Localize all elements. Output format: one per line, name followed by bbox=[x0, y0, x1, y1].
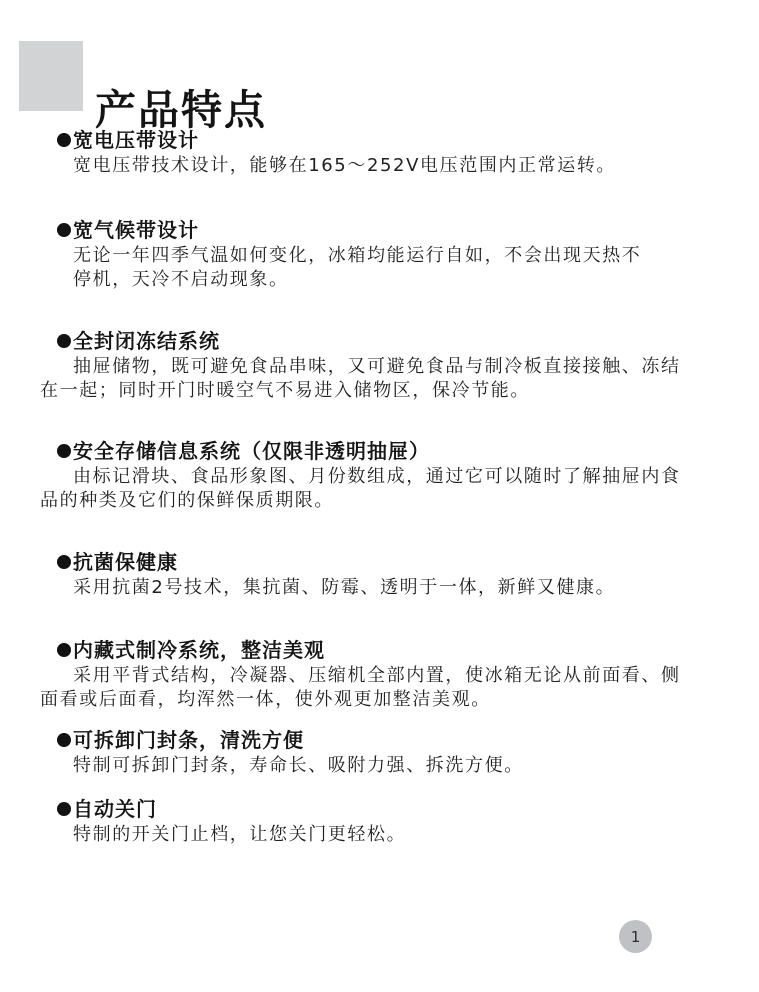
section-body-line: 无论一年四季气温如何变化，冰箱均能运行自如，不会出现天热不 bbox=[40, 244, 720, 268]
section-hidden-cooling: 内藏式制冷系统，整洁美观 采用平背式结构，冷凝器、压缩机全部内置，使冰箱无论从前… bbox=[40, 638, 720, 712]
section-heading-text: 安全存储信息系统（仅限非透明抽屉） bbox=[73, 439, 430, 463]
section-body-line: 特制的开关门止档，让您关门更轻松。 bbox=[40, 823, 720, 847]
section-heading-text: 内藏式制冷系统，整洁美观 bbox=[73, 638, 325, 662]
section-sealed-freezing: 全封闭冻结系统 抽屉储物，既可避免食品串味，又可避免食品与制冷板直接接触、冻结 … bbox=[40, 329, 720, 403]
section-heading: 内藏式制冷系统，整洁美观 bbox=[40, 638, 720, 662]
bullet-icon bbox=[57, 733, 71, 747]
section-heading: 全封闭冻结系统 bbox=[40, 329, 720, 353]
section-body-line: 面看或后面看，均浑然一体，使外观更加整洁美观。 bbox=[40, 688, 720, 712]
page-number-badge: 1 bbox=[619, 920, 652, 953]
section-heading-text: 自动关门 bbox=[73, 797, 157, 821]
section-body-line: 采用抗菌2号技术，集抗菌、防霉、透明于一体，新鲜又健康。 bbox=[40, 576, 720, 600]
section-antibacterial: 抗菌保健康 采用抗菌2号技术，集抗菌、防霉、透明于一体，新鲜又健康。 bbox=[40, 550, 720, 600]
section-body-line: 宽电压带技术设计，能够在165～252V电压范围内正常运转。 bbox=[40, 154, 720, 178]
section-heading-text: 全封闭冻结系统 bbox=[73, 329, 220, 353]
section-heading: 抗菌保健康 bbox=[40, 550, 720, 574]
section-heading: 可拆卸门封条，清洗方便 bbox=[40, 728, 720, 752]
section-heading-text: 抗菌保健康 bbox=[73, 550, 178, 574]
section-storage-info-system: 安全存储信息系统（仅限非透明抽屉） 由标记滑块、食品形象图、月份数组成，通过它可… bbox=[40, 439, 720, 513]
bullet-icon bbox=[57, 223, 71, 237]
section-heading: 安全存储信息系统（仅限非透明抽屉） bbox=[40, 439, 720, 463]
section-body-line: 品的种类及它们的保鲜保质期限。 bbox=[40, 489, 720, 513]
document-page: 产品特点 宽电压带设计 宽电压带技术设计，能够在165～252V电压范围内正常运… bbox=[0, 0, 759, 992]
section-body-line: 由标记滑块、食品形象图、月份数组成，通过它可以随时了解抽屉内食 bbox=[40, 465, 720, 489]
section-heading-text: 宽电压带设计 bbox=[73, 128, 199, 152]
section-body-line: 抽屉储物，既可避免食品串味，又可避免食品与制冷板直接接触、冻结 bbox=[40, 355, 720, 379]
section-heading: 宽电压带设计 bbox=[40, 128, 720, 152]
bullet-icon bbox=[57, 334, 71, 348]
section-heading-text: 宽气候带设计 bbox=[73, 218, 199, 242]
bullet-icon bbox=[57, 555, 71, 569]
section-heading: 自动关门 bbox=[40, 797, 720, 821]
section-wide-climate: 宽气候带设计 无论一年四季气温如何变化，冰箱均能运行自如，不会出现天热不 停机，… bbox=[40, 218, 720, 292]
section-heading-text: 可拆卸门封条，清洗方便 bbox=[73, 728, 304, 752]
section-auto-door-close: 自动关门 特制的开关门止档，让您关门更轻松。 bbox=[40, 797, 720, 847]
section-body-line: 采用平背式结构，冷凝器、压缩机全部内置，使冰箱无论从前面看、侧 bbox=[40, 664, 720, 688]
section-body-line: 特制可拆卸门封条，寿命长、吸附力强、拆洗方便。 bbox=[40, 754, 720, 778]
section-body-line: 停机，天冷不启动现象。 bbox=[40, 268, 720, 292]
bullet-icon bbox=[57, 444, 71, 458]
section-wide-voltage: 宽电压带设计 宽电压带技术设计，能够在165～252V电压范围内正常运转。 bbox=[40, 128, 720, 178]
bullet-icon bbox=[57, 802, 71, 816]
section-body-line: 在一起；同时开门时暖空气不易进入储物区，保冷节能。 bbox=[40, 379, 720, 403]
bullet-icon bbox=[57, 643, 71, 657]
title-accent-square bbox=[19, 41, 83, 111]
page-title: 产品特点 bbox=[95, 88, 267, 132]
page-number: 1 bbox=[631, 928, 641, 946]
bullet-icon bbox=[57, 133, 71, 147]
section-removable-door-seal: 可拆卸门封条，清洗方便 特制可拆卸门封条，寿命长、吸附力强、拆洗方便。 bbox=[40, 728, 720, 778]
section-heading: 宽气候带设计 bbox=[40, 218, 720, 242]
